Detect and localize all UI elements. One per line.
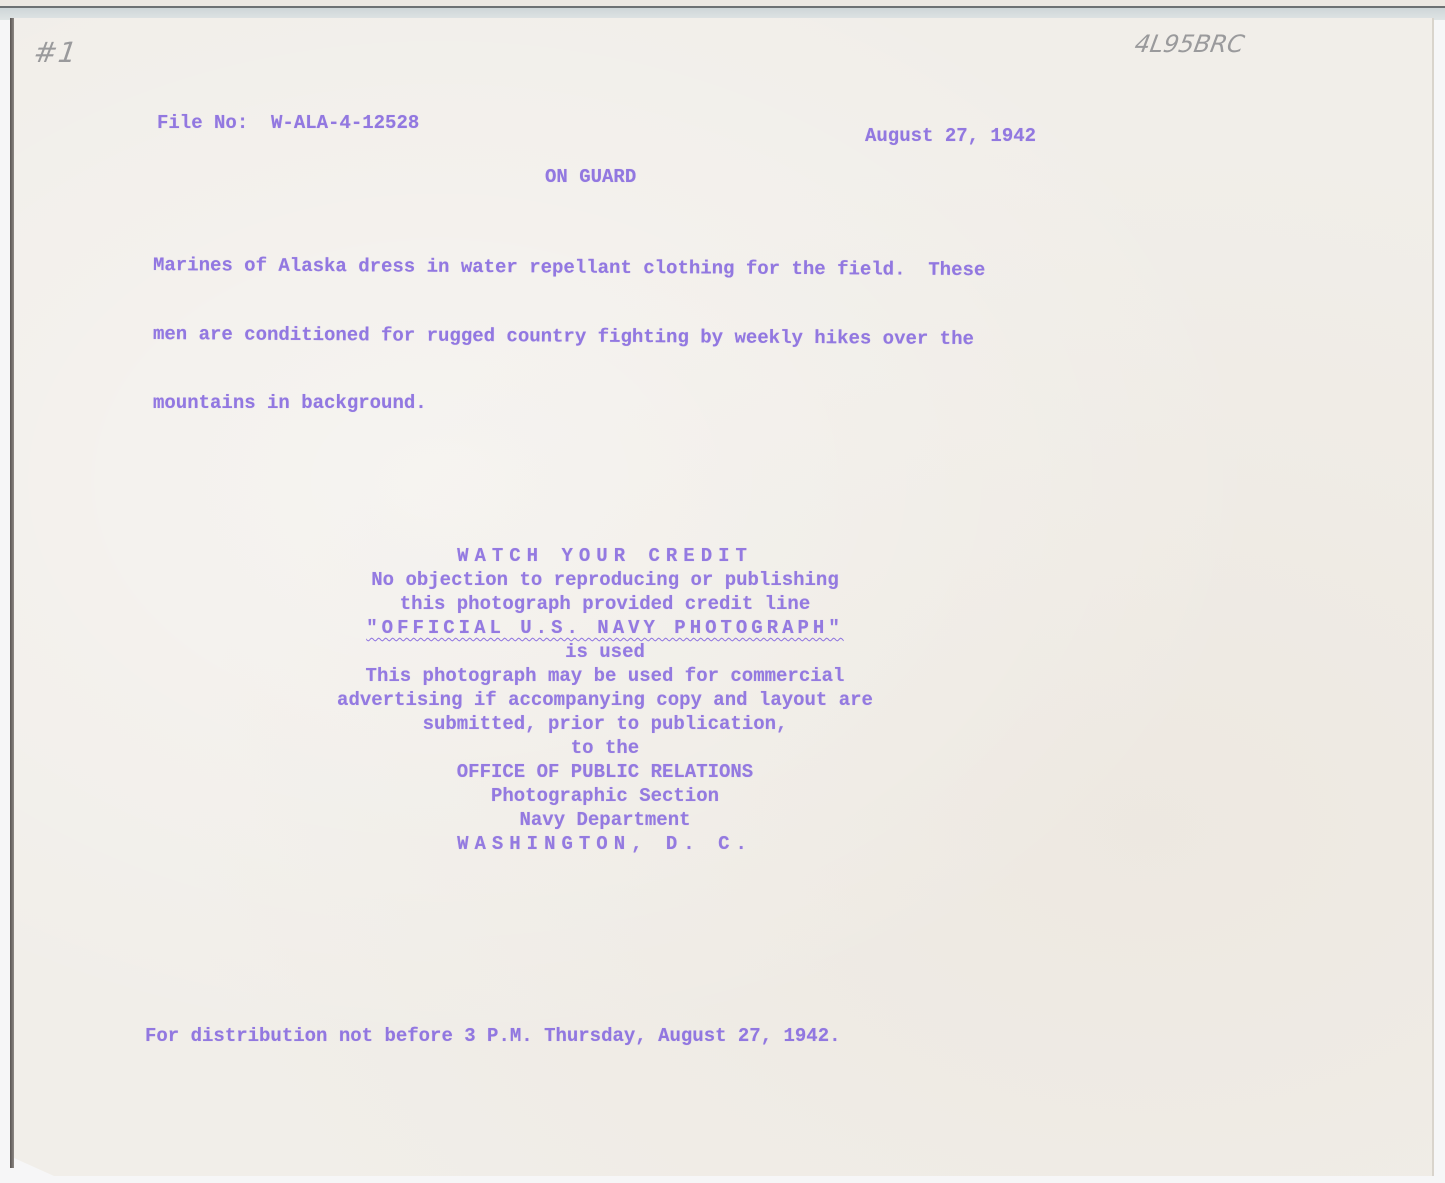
distribution-note: For distribution not before 3 P.M. Thurs… bbox=[145, 1025, 841, 1047]
caption-text: Marines of Alaska dress in water repella… bbox=[153, 208, 985, 438]
credit-notice-title: WATCH YOUR CREDIT bbox=[270, 544, 940, 568]
caption-line: men are conditioned for rugged country f… bbox=[153, 323, 985, 351]
document-date: August 27, 1942 bbox=[865, 125, 1036, 147]
paper-right-edge bbox=[1432, 18, 1434, 1176]
file-number: File No: W-ALA-4-12528 bbox=[157, 112, 419, 134]
paper-left-shadow bbox=[10, 18, 14, 1168]
handwritten-catalog-number: 4L95BRC bbox=[1133, 30, 1247, 58]
commercial-use-line: This photograph may be used for commerci… bbox=[270, 664, 940, 688]
commercial-use-line: advertising if accompanying copy and lay… bbox=[270, 688, 940, 712]
headline: ON GUARD bbox=[545, 166, 636, 188]
office-city: WASHINGTON, D. C. bbox=[270, 832, 940, 856]
commercial-use-line: to the bbox=[270, 736, 940, 760]
credit-notice-line: is used bbox=[270, 640, 940, 664]
office-section: Photographic Section bbox=[270, 784, 940, 808]
required-credit-line: "OFFICIAL U.S. NAVY PHOTOGRAPH" bbox=[270, 616, 940, 640]
office-department: Navy Department bbox=[270, 808, 940, 832]
file-number-value: W-ALA-4-12528 bbox=[271, 112, 419, 134]
commercial-use-line: submitted, prior to publication, bbox=[270, 712, 940, 736]
caption-line: mountains in background. bbox=[153, 392, 985, 415]
office-name: OFFICE OF PUBLIC RELATIONS bbox=[270, 760, 940, 784]
credit-notice-line: No objection to reproducing or publishin… bbox=[270, 568, 940, 592]
scan-top-edge bbox=[0, 0, 1445, 8]
credit-notice-line: this photograph provided credit line bbox=[270, 592, 940, 616]
file-number-label: File No: bbox=[157, 112, 248, 134]
handwritten-sheet-number: #1 bbox=[32, 36, 80, 69]
caption-line: Marines of Alaska dress in water repella… bbox=[153, 254, 985, 282]
credit-notice-stamp: WATCH YOUR CREDIT No objection to reprod… bbox=[270, 544, 940, 856]
